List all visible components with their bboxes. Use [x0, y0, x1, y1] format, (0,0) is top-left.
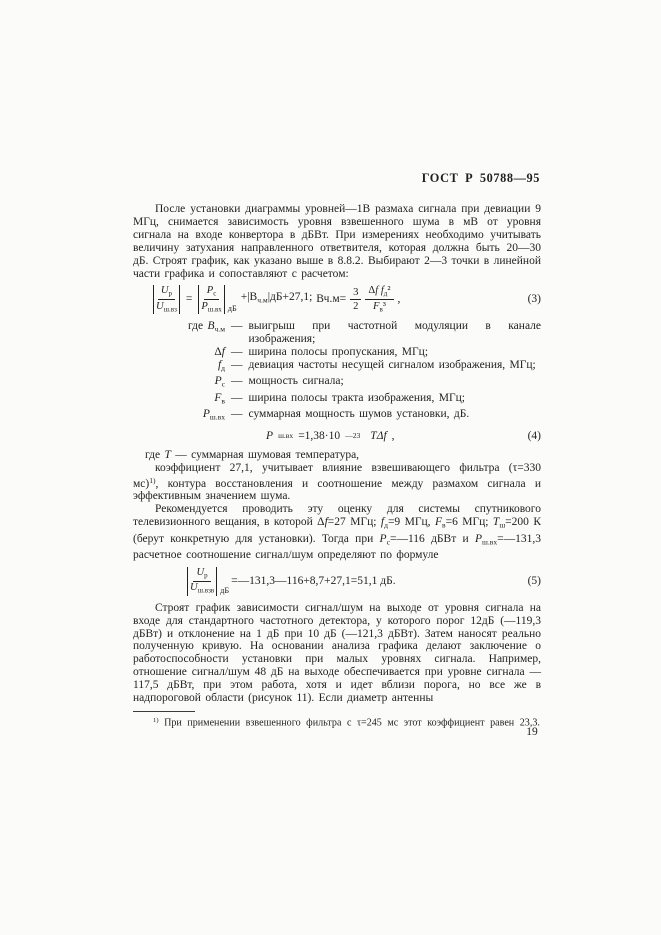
text-run: Р — [215, 375, 222, 387]
text-run: =1,38·10 — [298, 430, 340, 443]
text-run: =—116 дБВт и — [390, 533, 475, 545]
text-run: +|В — [241, 291, 257, 303]
formula-middle-terms: +|Вч.м|дБ+27,1; — [241, 291, 313, 308]
b-term-lhs: Вч.м= — [316, 293, 346, 306]
text-run: Р — [203, 408, 210, 420]
formula-5-body: Uр Uш.взв дБ =—131,3—116+8,7+27,1=51,1 д… — [133, 567, 528, 596]
db-subscript: дБ — [220, 585, 229, 598]
fraction-u: Uр Uш.вз — [156, 285, 177, 314]
fraction-denominator: 2 — [353, 300, 358, 312]
formula-5: Uр Uш.взв дБ =—131,3—116+8,7+27,1=51,1 д… — [133, 567, 541, 596]
db-subscript: дБ — [228, 303, 237, 316]
definition-dash: — — [225, 346, 249, 359]
abs-bar — [153, 285, 154, 314]
definition-term: Δf — [133, 346, 225, 359]
definition-row: fд — девиация частоты несущей сигналом и… — [133, 359, 541, 376]
definition-row: Рш.вх — суммарная мощность шумов установ… — [133, 408, 541, 425]
definition-text: ширина полосы пропускания, МГц; — [249, 346, 542, 359]
text-run: , контура восстановления и соотношение м… — [133, 477, 541, 502]
definition-text: суммарная мощность шумов установки, дБ. — [249, 408, 542, 425]
text-run: = — [340, 293, 347, 305]
text-run: ² — [387, 285, 390, 296]
definition-term: Рс — [133, 375, 225, 392]
text-run: ТΔf — [370, 430, 386, 443]
definition-text: ширина полосы тракта изображения, МГц; — [249, 392, 542, 409]
definition-dash: — — [225, 320, 249, 346]
paragraph-coefficient: коэффициент 27,1, учитывает влияние взве… — [133, 462, 541, 504]
abs-value-signal-noise-db: Uр Uш.взв дБ — [185, 567, 229, 596]
text-run: Δ — [214, 346, 221, 358]
text-run: с — [213, 290, 216, 298]
text-run: ч.м — [214, 325, 225, 334]
text-run: Р — [266, 430, 273, 443]
definition-row: где Вч.м — выигрыш при частотной модуляц… — [133, 320, 541, 346]
fraction-numerator: Δf fд² — [365, 285, 393, 300]
definition-row: Рс — мощность сигнала; — [133, 375, 541, 392]
document-page: ГОСТ Р 50788—95 После установки диаграмм… — [0, 0, 661, 935]
equals-sign: = — [186, 293, 193, 306]
fraction-denominator: Uш.вз — [156, 300, 177, 314]
text-run: При применении взвешенного фильтра с τ=2… — [159, 717, 540, 728]
equation-number-4: (4) — [528, 430, 541, 443]
fraction-numerator: Pс — [204, 285, 220, 300]
text-run: U — [161, 285, 169, 296]
abs-bar — [224, 285, 225, 314]
text-run: f f — [375, 285, 384, 296]
running-header: ГОСТ Р 50788—95 — [0, 171, 540, 186]
equation-number-5: (5) — [528, 575, 541, 588]
text-run: U — [196, 567, 204, 578]
text-run: F — [435, 516, 442, 528]
formula-4-body: Рш.вх=1,38·10—23 ТΔf, — [133, 430, 528, 443]
text-run: =9 МГц, — [388, 516, 435, 528]
definition-row: Fв — ширина полосы тракта изображения, М… — [133, 392, 541, 409]
abs-bar — [179, 285, 180, 314]
text-run: где — [145, 449, 164, 461]
fraction-denominator: Uш.взв — [190, 582, 214, 596]
fraction-p: Pс Pш.вх — [201, 285, 221, 314]
definition-term: fд — [133, 359, 225, 376]
definition-dash: — — [225, 359, 249, 376]
page-number: 19 — [517, 726, 547, 738]
fraction-numerator: 3 — [350, 287, 361, 300]
formula-comma: , — [398, 293, 401, 306]
paragraph-measurement: После установки диаграммы уровней—1В раз… — [133, 203, 541, 280]
definition-term: где Вч.м — [133, 320, 225, 346]
text-run: ш.вх — [210, 413, 225, 422]
text-run: |дБ+27,1; — [268, 291, 313, 303]
text-run: ч.м — [257, 296, 268, 305]
formula-5-rhs: =—131,3—116+8,7+27,1=51,1 дБ. — [231, 575, 395, 588]
text-run: ш.вх — [208, 305, 222, 313]
text-run: р — [169, 290, 173, 298]
text-block: После установки диаграммы уровней—1В раз… — [133, 203, 541, 729]
definition-dash: — — [225, 375, 249, 392]
fraction-denominator: Pш.вх — [201, 300, 221, 314]
definition-row: Δf — ширина полосы пропускания, МГц; — [133, 346, 541, 359]
text-run: ш.взв — [198, 587, 214, 595]
text-run: —23 — [345, 430, 360, 443]
definition-text: девиация частоты несущей сигналом изобра… — [249, 359, 542, 376]
abs-value-power-ratio: Pс Pш.вх дБ — [196, 285, 236, 314]
abs-bar — [187, 567, 188, 596]
paragraph-recommendation: Рекомендуется проводить эту оценку для с… — [133, 503, 541, 562]
text-run: U — [156, 301, 164, 312]
abs-value-signal-noise: Uр Uш.вз — [151, 285, 182, 314]
definition-dash: — — [225, 408, 249, 425]
fraction-u: Uр Uш.взв — [190, 567, 214, 596]
text-run: ш.вх — [482, 537, 497, 546]
definition-text: мощность сигнала; — [249, 375, 542, 392]
text-run: =6 МГц; — [446, 516, 493, 528]
fraction-denominator: Fв³ — [373, 300, 386, 314]
fraction-deviation: Δf fд² Fв³ — [365, 285, 393, 314]
paragraph-graph-analysis: Строят график зависимости сигнал/шум на … — [133, 602, 541, 705]
footnote-text: 1) При применении взвешенного фильтра с … — [133, 715, 541, 729]
formula-4: Рш.вх=1,38·10—23 ТΔf, (4) — [133, 430, 541, 443]
text-run: Р — [475, 533, 482, 545]
text-run: =27 МГц; — [328, 516, 381, 528]
definition-list: где Вч.м — выигрыш при частотной модуляц… — [133, 320, 541, 425]
definition-dash: — — [225, 392, 249, 409]
fraction-numerator: Uр — [193, 567, 210, 582]
text-run: ш.вз — [164, 305, 177, 313]
definition-term: Рш.вх — [133, 408, 225, 425]
definition-term: Fв — [133, 392, 225, 409]
text-run: , — [392, 430, 395, 443]
footnote-rule — [133, 711, 195, 712]
text-run: р — [204, 572, 208, 580]
fraction-three-halves: 3 2 — [350, 287, 361, 313]
equation-number-3: (3) — [528, 293, 541, 306]
formula-3-body: Uр Uш.вз = Pс Pш.вх дБ +|Вч.м|дБ+27,1; — [133, 285, 528, 314]
paragraph-where-t: где Т — суммарная шумовая температура, — [133, 449, 541, 462]
text-run: — суммарная шумовая температура, — [171, 449, 359, 461]
text-run: ³ — [383, 301, 386, 312]
text-run: ш.вх — [278, 430, 293, 443]
text-run: Вч.м — [316, 293, 339, 305]
text-run: U — [190, 582, 198, 593]
text-run: где — [188, 320, 207, 332]
abs-bar — [198, 285, 199, 314]
abs-bar — [216, 567, 217, 596]
definition-text: выигрыш при частотной модуляции в канале… — [249, 320, 542, 346]
fraction-numerator: Uр — [158, 285, 175, 300]
formula-3: Uр Uш.вз = Pс Pш.вх дБ +|Вч.м|дБ+27,1; — [133, 285, 541, 314]
text-run: Р — [380, 533, 387, 545]
